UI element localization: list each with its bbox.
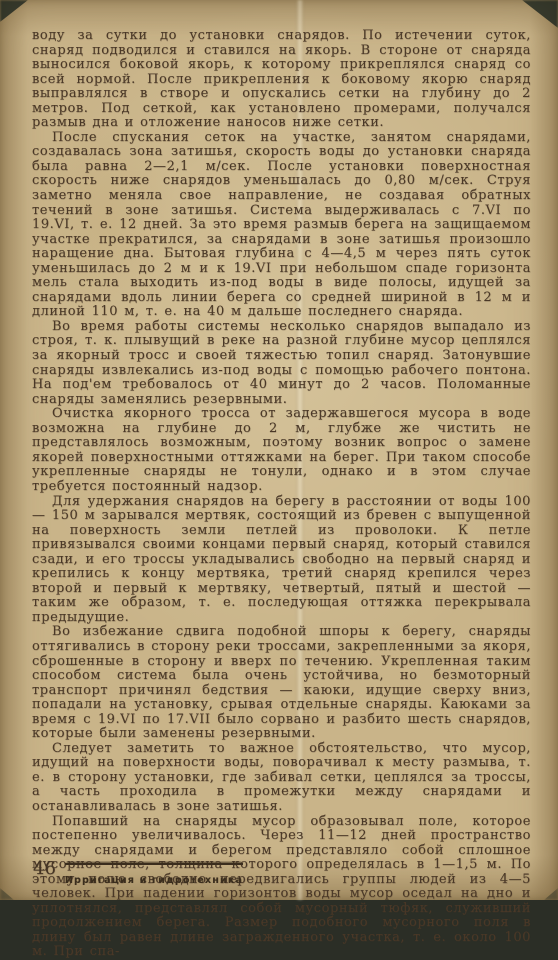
body-paragraph: Для удержания снарядов на берегу в расст… [32, 495, 531, 626]
scan-corner-shadow-top-left [0, 0, 28, 22]
body-paragraph: воду за сутки до установки снарядов. По … [32, 29, 531, 131]
body-paragraph: Очистка якорного тросса от задержавшегос… [32, 407, 531, 494]
body-paragraph: После спускания сеток на участке, занято… [32, 131, 531, 320]
scan-corner-shadow-top-right [522, 0, 558, 28]
body-paragraph: Попавший на снаряды мусор образовывал по… [32, 815, 531, 900]
scan-corner-shadow-bottom-right [544, 888, 558, 900]
page-number: 46 [33, 860, 56, 878]
book-page: воду за сутки до установки снарядов. По … [0, 0, 558, 900]
body-paragraph: Во избежание сдвига подобной шпоры к бер… [32, 625, 531, 741]
text-block: воду за сутки до установки снарядов. По … [32, 29, 531, 900]
body-paragraph: Следует заметить то важное обстоятельств… [32, 742, 531, 815]
scan-corner-shadow-bottom-left [0, 888, 14, 900]
body-paragraph: Во время работы системы несколько снаряд… [32, 320, 531, 407]
signature-rule: Ирригация и гидротехника [65, 863, 243, 887]
running-title: Ирригация и гидротехника [65, 875, 243, 886]
page-footer: 46 Ирригация и гидротехника [33, 860, 243, 887]
